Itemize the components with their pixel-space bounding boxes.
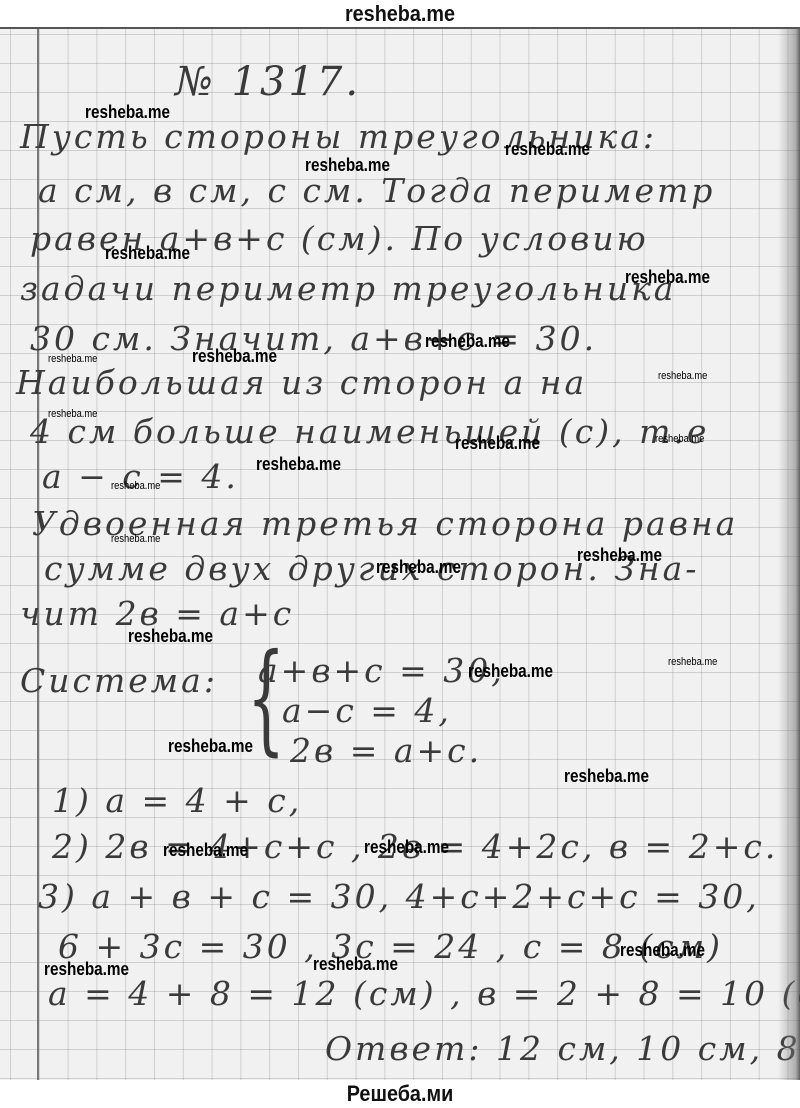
watermark: resheba.me xyxy=(655,433,704,445)
watermark: resheba.me xyxy=(305,155,390,176)
answer: Ответ: 12 см, 10 см, 8 см. xyxy=(325,1029,800,1068)
watermark: resheba.me xyxy=(256,454,341,475)
system-equation: 2в = а+с. xyxy=(290,731,482,770)
watermark: resheba.me xyxy=(620,940,705,961)
watermark: resheba.me xyxy=(168,736,253,757)
watermark: resheba.me xyxy=(48,353,97,365)
system-label: Система: xyxy=(20,661,218,700)
site-header: resheba.me xyxy=(40,0,760,28)
watermark: resheba.me xyxy=(376,557,461,578)
text-line: задачи периметр треугольника xyxy=(20,269,676,308)
watermark: resheba.me xyxy=(85,102,170,123)
watermark: resheba.me xyxy=(425,331,510,352)
watermark: resheba.me xyxy=(111,480,160,492)
solution-step: 3) а + в + с = 30, 4+с+2+с+с = 30, xyxy=(38,877,760,916)
watermark: resheba.me xyxy=(658,370,707,382)
problem-number: № 1317. xyxy=(175,59,361,105)
watermark: resheba.me xyxy=(48,408,97,420)
solution-step: а = 4 + 8 = 12 (см) , в = 2 + 8 = 10 (см… xyxy=(48,974,800,1013)
text-line: 30 см. Значит, а+в+с = 30. xyxy=(30,319,597,358)
watermark: resheba.me xyxy=(128,626,213,647)
watermark: resheba.me xyxy=(468,661,553,682)
watermark: resheba.me xyxy=(505,139,590,160)
watermark: resheba.me xyxy=(44,959,129,980)
watermark: resheba.me xyxy=(111,533,160,545)
notebook-page: № 1317. Пусть стороны треугольника: а см… xyxy=(0,27,800,1080)
watermark: resheba.me xyxy=(163,840,248,861)
text-line: Наибольшая из сторон а на xyxy=(16,363,587,402)
watermark: resheba.me xyxy=(577,545,662,566)
system-equation: а−с = 4, xyxy=(282,691,452,730)
watermark: resheba.me xyxy=(192,346,277,367)
watermark: resheba.me xyxy=(105,243,190,264)
watermark: resheba.me xyxy=(455,433,540,454)
watermark: resheba.me xyxy=(364,837,449,858)
watermark: resheba.me xyxy=(668,656,717,668)
text-line: 4 см больше наименьшей (с), т.е xyxy=(30,412,709,451)
watermark: resheba.me xyxy=(313,954,398,975)
site-footer: Решеба.ми xyxy=(40,1080,760,1108)
solution-step: 1) а = 4 + с, xyxy=(52,781,302,820)
watermark: resheba.me xyxy=(625,267,710,288)
watermark: resheba.me xyxy=(564,766,649,787)
text-line: а см, в см, с см. Тогда периметр xyxy=(38,171,715,210)
